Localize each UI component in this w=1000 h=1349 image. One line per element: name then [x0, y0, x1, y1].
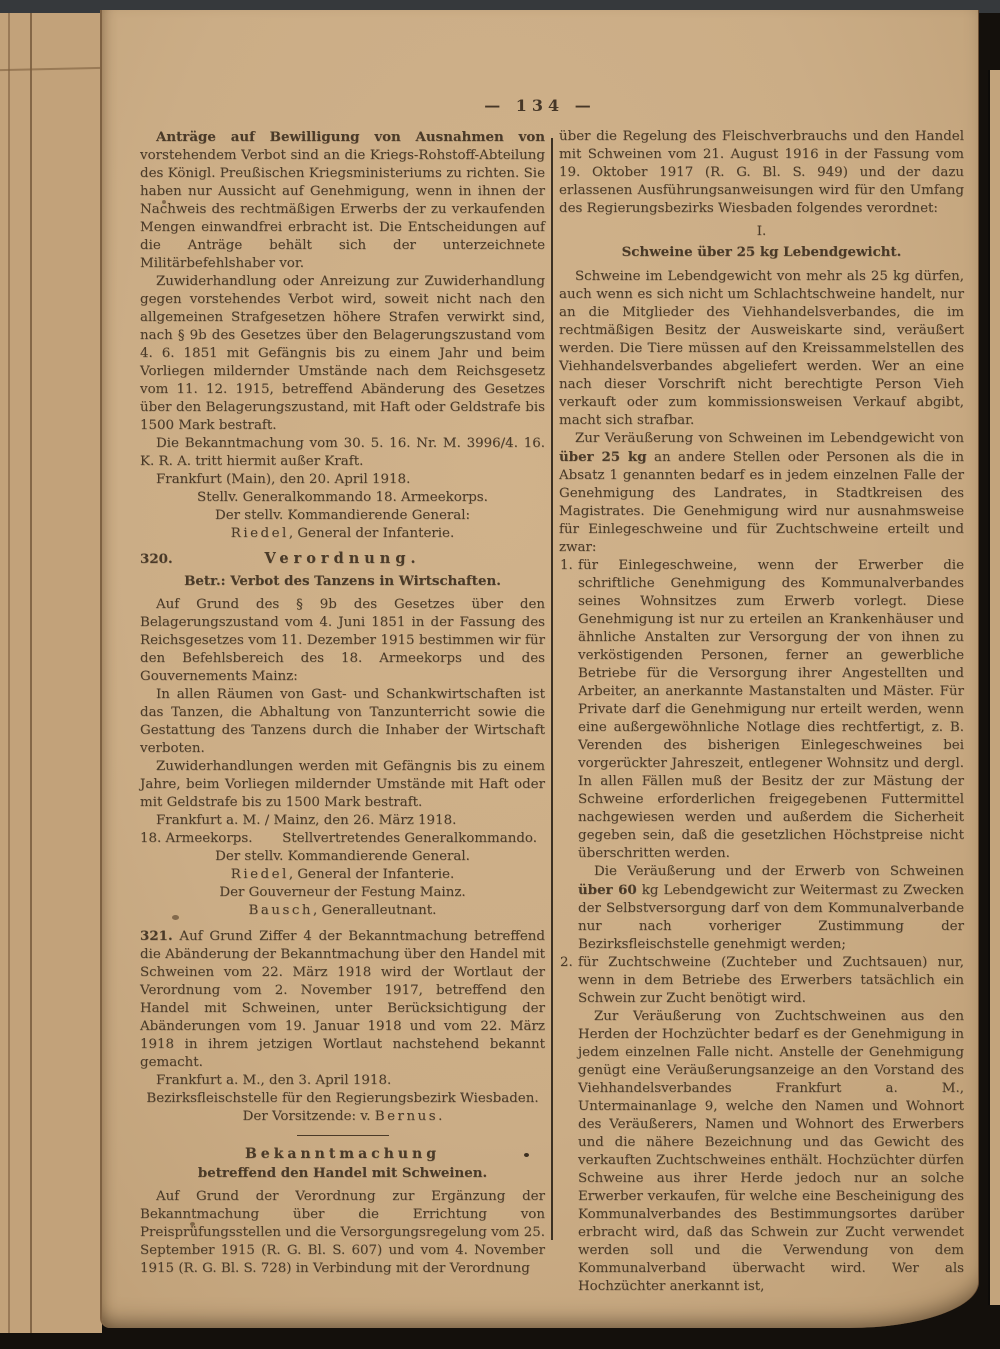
dateline: Frankfurt a. M., den 3. April 1918. — [140, 1072, 545, 1090]
paragraph: Zur Veräußerung von Zuchtschweinen aus d… — [578, 1008, 964, 1296]
underlying-page-edges — [0, 13, 102, 1333]
section-number: 320. — [140, 550, 173, 568]
section-heading: Schweine über 25 kg Lebendgewicht. — [559, 243, 964, 261]
signature-line: Riedel, General der Infanterie. — [140, 866, 545, 884]
signature-line: Der stellv. Kommandierende General: — [140, 507, 545, 525]
emphasized-text: über 60 — [578, 882, 637, 898]
signer-name: Riedel — [231, 867, 289, 882]
adjacent-page-edge — [988, 70, 1000, 1305]
emphasized-text: über 25 kg — [559, 449, 647, 465]
numbered-item: 1. für Einlegeschweine, wenn der Erwerbe… — [559, 557, 964, 954]
text-block: Anträge auf Bewilligung von Ausnahmen vo… — [140, 128, 964, 1258]
paragraph-text: Auf Grund Ziffer 4 der Bekanntmachung be… — [140, 929, 545, 1070]
paragraph: In allen Räumen von Gast- und Schankwirt… — [140, 686, 545, 758]
item-body: für Einlegeschweine, wenn der Erwerber d… — [578, 557, 964, 954]
signer-name: Bausch — [249, 903, 313, 918]
paragraph: 321. Auf Grund Ziffer 4 der Bekanntmachu… — [140, 927, 545, 1072]
signer-title: , General der Infanterie. — [289, 867, 454, 882]
paragraph-text: Zur Veräußerung von Schweinen im Lebendg… — [575, 431, 964, 446]
section-heading: 320. Verordnung. — [140, 550, 545, 569]
signature-line: Der Gouverneur der Festung Mainz. — [140, 884, 545, 902]
paragraph: Anträge auf Bewilligung von Ausnahmen vo… — [140, 128, 545, 273]
paragraph-text: Die Veräußerung und der Erwerb von Schwe… — [594, 864, 964, 879]
paragraph: Auf Grund der Verordnung zur Ergänzung d… — [140, 1188, 545, 1278]
paragraph: Zuwiderhandlung oder Anreizung zur Zuwid… — [140, 273, 545, 435]
signer-title: , Generalleutnant. — [313, 903, 436, 918]
section-number: 321. — [140, 928, 173, 944]
signature-line: 18. Armeekorps. Stellvertretendes Genera… — [140, 830, 545, 848]
signer-name: Bernus — [375, 1109, 438, 1124]
section-divider-rule — [297, 1135, 389, 1136]
page-number: — 134 — — [102, 96, 978, 115]
announcement-heading: Bekanntmachung — [140, 1145, 545, 1163]
signature-right: Stellvertretendes Generalkommando. — [282, 830, 537, 848]
page-edge-line — [8, 13, 10, 1333]
signer-title: , General der Infanterie. — [289, 526, 454, 541]
announcement-subtitle: betreffend den Handel mit Schweinen. — [140, 1164, 545, 1182]
paragraph: Zur Veräußerung von Schweinen im Lebendg… — [559, 430, 964, 557]
paragraph: für Einlegeschweine, wenn der Erwerber d… — [578, 557, 964, 863]
right-column: über die Regelung des Fleischverbrauchs … — [559, 128, 964, 1258]
signature-line: Der Vorsitzende: v. Bernus. — [140, 1108, 545, 1126]
paragraph: Die Bekanntmachung vom 30. 5. 16. Nr. M.… — [140, 435, 545, 471]
document-page: — 134 — Anträge auf Bewilligung von Ausn… — [100, 10, 979, 1328]
paragraph: Zuwiderhandlungen werden mit Gefängnis b… — [140, 758, 545, 812]
left-column: Anträge auf Bewilligung von Ausnahmen vo… — [140, 128, 545, 1258]
ink-dot — [524, 1153, 529, 1157]
page-edge-line — [0, 67, 102, 71]
numbered-item: 2. für Zuchtschweine (Zuchteber und Zuch… — [559, 954, 964, 1296]
paragraph: Die Veräußerung und der Erwerb von Schwe… — [578, 863, 964, 954]
signer-name: Riedel — [231, 526, 289, 541]
paragraph: für Zuchtschweine (Zuchteber und Zuchtsa… — [578, 954, 964, 1008]
dateline: Frankfurt (Main), den 20. April 1918. — [140, 471, 545, 489]
paragraph-lead: Anträge auf Bewilligung von Ausnahmen vo… — [156, 129, 545, 145]
paragraph: über die Regelung des Fleischverbrauchs … — [559, 128, 964, 218]
signature-line: Stellv. Generalkommando 18. Armeekorps. — [140, 489, 545, 507]
item-number: 1. — [559, 557, 578, 954]
paragraph-text: an andere Stellen oder Personen als die … — [559, 450, 964, 555]
page-edge-line — [30, 13, 32, 1333]
signature-line: Bezirksfleischstelle für den Regierungsb… — [140, 1090, 545, 1108]
dateline: Frankfurt a. M. / Mainz, den 26. März 19… — [140, 812, 545, 830]
section-subject: Betr.: Verbot des Tanzens in Wirtschafte… — [140, 572, 545, 590]
signer-prefix: Der Vorsitzende: v. — [243, 1109, 375, 1124]
paragraph: Auf Grund des § 9b des Gesetzes über den… — [140, 596, 545, 686]
signature-line: Der stellv. Kommandierende General. — [140, 848, 545, 866]
roman-numeral: I. — [559, 223, 964, 241]
signature-line: Bausch, Generalleutnant. — [140, 902, 545, 920]
signature-line: Riedel, General der Infanterie. — [140, 525, 545, 543]
signer-suffix: . — [438, 1109, 442, 1124]
item-number: 2. — [559, 954, 578, 1296]
paragraph: Schweine im Lebendgewicht von mehr als 2… — [559, 268, 964, 430]
signature-left: 18. Armeekorps. — [140, 830, 252, 848]
announcement-title: Bekanntmachung — [245, 1146, 440, 1162]
item-body: für Zuchtschweine (Zuchteber und Zuchtsa… — [578, 954, 964, 1296]
column-divider — [545, 128, 559, 1258]
section-title: Verordnung. — [264, 550, 420, 567]
paragraph-text: kg Lebendgewicht zur Weitermast zu Zweck… — [578, 883, 964, 952]
paragraph-text: vorstehendem Verbot sind an die Kriegs-R… — [140, 148, 545, 271]
